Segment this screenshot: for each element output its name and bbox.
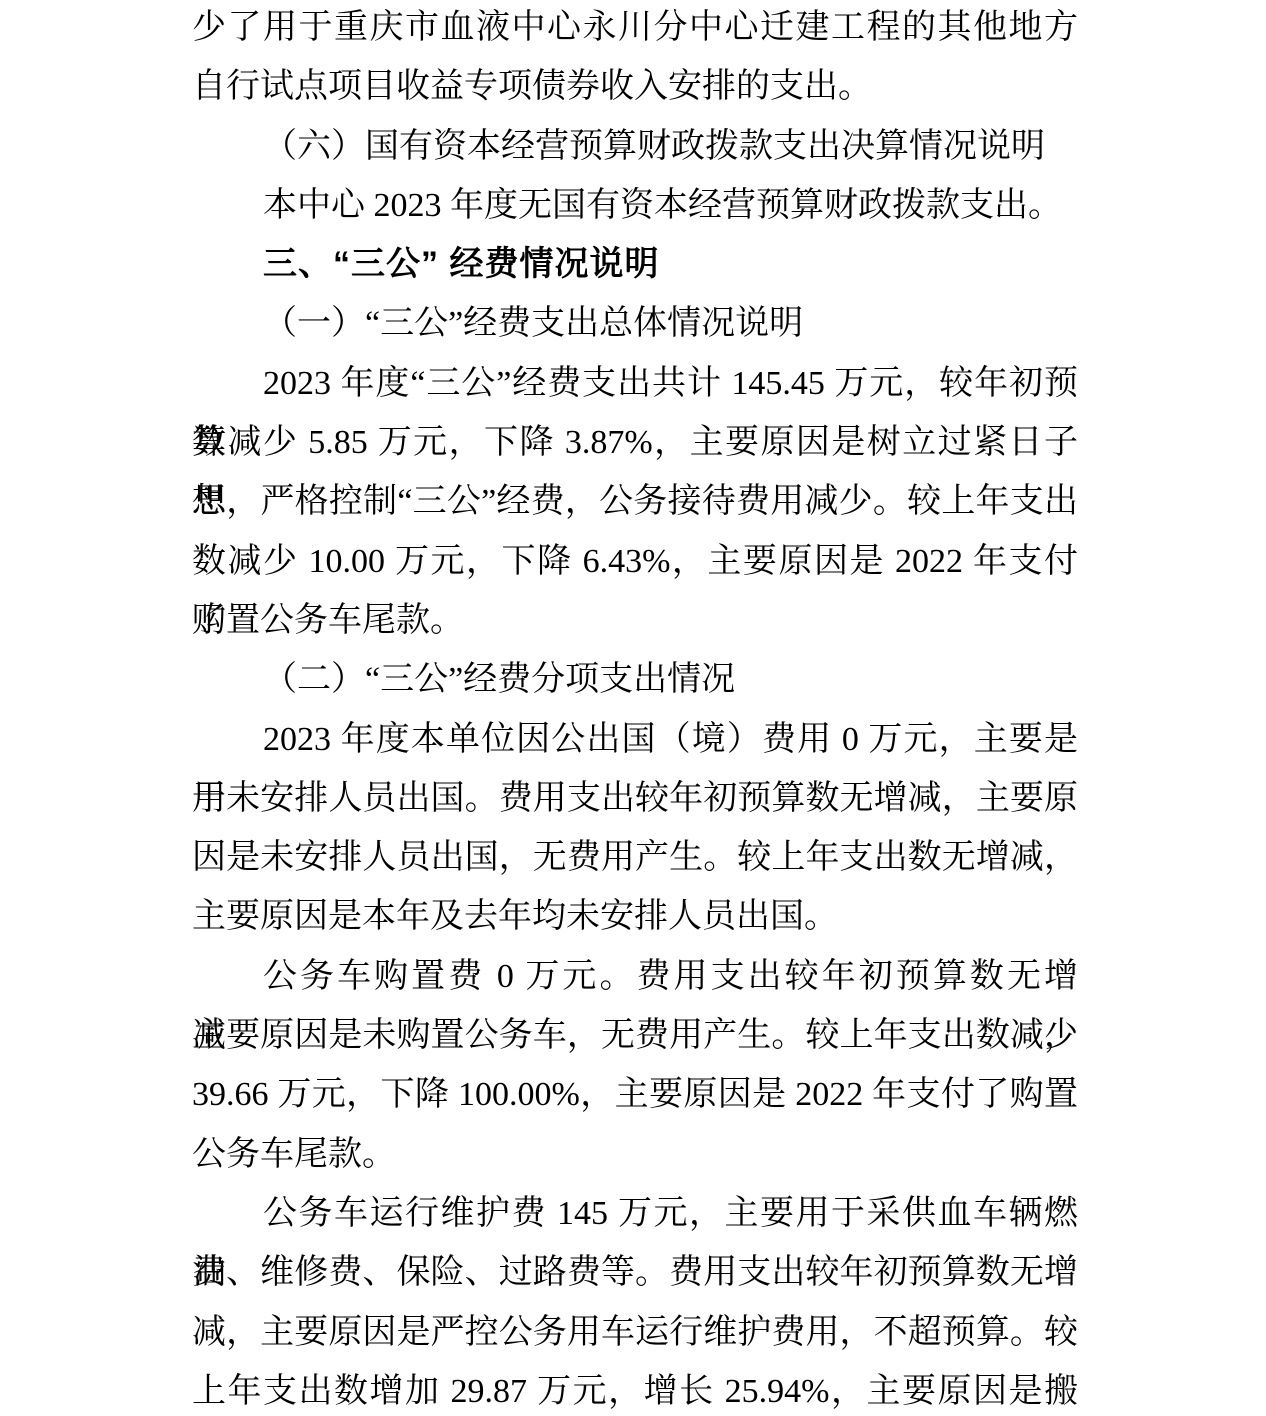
doc-line-22: 费、维修费、保险、过路费等。费用支出较年初预算数无增 xyxy=(192,1243,1078,1302)
subheading-itemized-expense: （二）“三公”经费分项支出情况 xyxy=(192,650,1078,709)
doc-line-16: 主要原因是本年及去年均未安排人员出国。 xyxy=(192,887,1078,946)
doc-line-19: 39.66 万元，下降 100.00%，主要原因是 2022 年支付了购置 xyxy=(192,1065,1078,1124)
doc-line-24: 上年支出数增加 29.87 万元，增长 25.94%，主要原因是搬迁 xyxy=(192,1362,1078,1416)
doc-line-10: 数减少 10.00 万元，下降 6.43%，主要原因是 2022 年支付了 xyxy=(192,532,1078,591)
doc-line-11: 购置公务车尾款。 xyxy=(192,591,1078,650)
doc-line-7: 2023 年度“三公”经费支出共计 145.45 万元，较年初预算 xyxy=(192,354,1078,413)
doc-line-2: 自行试点项目收益专项债券收入安排的支出。 xyxy=(192,57,1078,116)
doc-line-14: 于未安排人员出国。费用支出较年初预算数无增减，主要原 xyxy=(192,769,1078,828)
document-page: 少了用于重庆市血液中心永川分中心迁建工程的其他地方 自行试点项目收益专项债券收入… xyxy=(0,0,1266,1416)
doc-line-8: 数减少 5.85 万元，下降 3.87%，主要原因是树立过紧日子思 xyxy=(192,413,1078,472)
doc-line-23: 减，主要原因是严控公务用车运行维护费用，不超预算。较 xyxy=(192,1303,1078,1362)
doc-line-20: 公务车尾款。 xyxy=(192,1125,1078,1184)
doc-line-13: 2023 年度本单位因公出国（境）费用 0 万元，主要是用 xyxy=(192,710,1078,769)
document-text-block: 少了用于重庆市血液中心永川分中心迁建工程的其他地方 自行试点项目收益专项债券收入… xyxy=(192,0,1078,1416)
doc-line-15: 因是未安排人员出国，无费用产生。较上年支出数无增减， xyxy=(192,828,1078,887)
doc-line-21: 公务车运行维护费 145 万元，主要用于采供血车辆燃油 xyxy=(192,1184,1078,1243)
doc-line-1: 少了用于重庆市血液中心永川分中心迁建工程的其他地方 xyxy=(192,0,1078,57)
doc-line-9: 想，严格控制“三公”经费，公务接待费用减少。较上年支出 xyxy=(192,472,1078,531)
doc-line-17: 公务车购置费 0 万元。费用支出较年初预算数无增减， xyxy=(192,947,1078,1006)
heading-three-public-expenses: 三、“三公” 经费情况说明 xyxy=(192,235,1078,294)
doc-line-4: 本中心 2023 年度无国有资本经营预算财政拨款支出。 xyxy=(192,176,1078,235)
subheading-overall-expense: （一）“三公”经费支出总体情况说明 xyxy=(192,294,1078,353)
doc-line-18: 主要原因是未购置公务车，无费用产生。较上年支出数减少 xyxy=(192,1006,1078,1065)
subheading-state-capital-budget: （六）国有资本经营预算财政拨款支出决算情况说明 xyxy=(192,117,1078,176)
